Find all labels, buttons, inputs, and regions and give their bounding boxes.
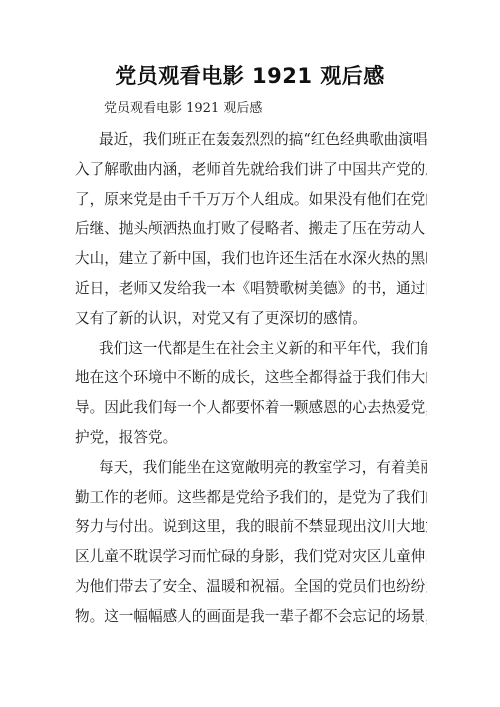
- paragraph-1-line-4: 后继、抛头颅洒热血打败了侵略者、搬走了压在劳动人民头上的三座: [75, 214, 427, 244]
- paragraph-1-line-6: 近日，老师又发给我一本《唱赞歌树美德》的书，通过阅读，我对党: [75, 274, 427, 304]
- paragraph-3-line-3: 努力与付出。说到这里，我的眼前不禁显现出汶川大地震时党为了灾: [75, 512, 427, 542]
- paragraph-3-line-5: 为他们带去了安全、温暖和祝福。全国的党员们也纷纷为他们捐钱捐: [75, 572, 427, 602]
- paragraph-3-line-1: 每天，我们能坐在这宽敞明亮的教室学习，有着美丽的校园和辛: [75, 453, 427, 483]
- paragraph-1-line-5: 大山，建立了新中国，我们也许还生活在水深火热的黑暗生活之中。: [75, 244, 427, 274]
- document-body: 最近，我们班正在轰轰烈烈的搞“红色经典歌曲演唱”。为了深 入了解歌曲内涵，老师首…: [75, 125, 427, 632]
- document-subtitle: 党员观看电影 1921 观后感: [104, 100, 262, 118]
- paragraph-2-line-3: 导。因此我们每一个人都要怀着一颗感恩的心去热爱党，支持党，拥: [75, 393, 427, 423]
- paragraph-1-line-2: 入了解歌曲内涵，老师首先就给我们讲了中国共产党的历史，我明白: [75, 155, 427, 185]
- paragraph-1-line-1: 最近，我们班正在轰轰烈烈的搞“红色经典歌曲演唱”。为了深: [75, 125, 427, 155]
- document-page: 党员观看电影 1921 观后感 党员观看电影 1921 观后感 最近，我们班正在…: [0, 0, 500, 707]
- paragraph-1-line-3: 了，原来党是由千千万万个人组成。如果没有他们在党的领导下前赴: [75, 185, 427, 215]
- paragraph-2-line-2: 地在这个环境中不断的成长，这些全都得益于我们伟大的党的正确领: [75, 363, 427, 393]
- paragraph-2-line-1: 我们这一代都是生在社会主义新的和平年代，我们能幸福快乐的: [75, 334, 427, 364]
- paragraph-3-line-2: 勤工作的老师。这些都是党给予我们的，是党为了我们的学习不断的: [75, 483, 427, 513]
- paragraph-1-line-7: 又有了新的认识，对党又有了更深切的感情。: [75, 304, 427, 334]
- paragraph-3-line-4: 区儿童不耽误学习而忙碌的身影，我们党对灾区儿童伸出了援助之手。: [75, 542, 427, 572]
- document-title: 党员观看电影 1921 观后感: [0, 62, 500, 90]
- paragraph-2-line-4: 护党，报答党。: [75, 423, 427, 453]
- paragraph-3-line-6: 物。这一幅幅感人的画面是我一辈子都不会忘记的场景，正是党在事: [75, 602, 427, 632]
